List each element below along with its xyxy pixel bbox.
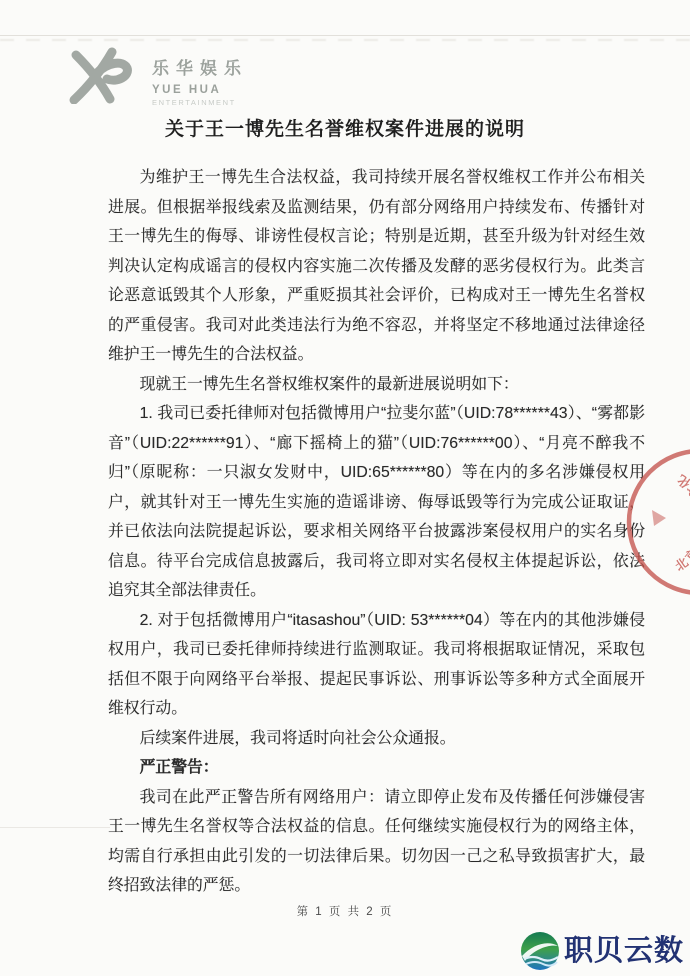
document-title: 关于王一博先生名誉维权案件进展的说明 [0, 114, 690, 141]
page-number-footer: 第 1 页 共 2 页 [0, 903, 690, 919]
brand-name-en: YUE HUA [152, 84, 248, 96]
paragraph-follow-up: 后续案件进展，我司将适时向社会公众通报。 [108, 724, 645, 754]
seal-arc-text: 北京乐华圆娱文化 [672, 470, 690, 574]
paragraph-warning-body: 我司在此严正警告所有网络用户：请立即停止发布及传播任何涉嫌侵害王一博先生名誉权等… [108, 783, 645, 901]
brand-name-cn: 乐华娱乐 [152, 54, 248, 79]
scan-artifact-line [0, 35, 690, 36]
paragraph-item-1: 1. 我司已委托律师对包括微博用户“拉斐尔蓝”（UID:78******43）、… [108, 399, 645, 606]
paragraph-item-2: 2. 对于包括微博用户“itasashou”（UID: 53******04）等… [108, 606, 645, 724]
scan-artifact-dashed-line [0, 39, 690, 41]
watermark-label: 职贝云数 [564, 931, 684, 971]
paragraph-intro: 为维护王一博先生合法权益，我司持续开展名誉权维权工作并公布相关进展。但根据举报线… [108, 163, 645, 370]
paragraph-lead-in: 现就王一博先生名誉权维权案件的最新进展说明如下： [108, 370, 645, 400]
brand-name-sub: ENTERTAINMENT [152, 98, 248, 107]
yuehua-brand-text: 乐华娱乐 YUE HUA ENTERTAINMENT [152, 46, 248, 107]
zhibei-watermark: 职贝云数 [520, 931, 684, 971]
paragraph-warning-label: 严正警告： [108, 753, 645, 783]
yuehua-logo-mark-icon [64, 46, 136, 104]
scanned-document-page: 乐华娱乐 YUE HUA ENTERTAINMENT 关于王一博先生名誉维权案件… [0, 0, 690, 976]
scan-artifact-smudge [0, 827, 110, 828]
zhibei-globe-logo-icon [520, 931, 560, 971]
svg-text:北京乐华圆娱文化: 北京乐华圆娱文化 [672, 470, 690, 574]
yuehua-brand-header: 乐华娱乐 YUE HUA ENTERTAINMENT [64, 46, 248, 107]
document-body: 为维护王一博先生合法权益，我司持续开展名誉权维权工作并公布相关进展。但根据举报线… [108, 163, 645, 901]
seal-star-fragment [652, 510, 666, 526]
